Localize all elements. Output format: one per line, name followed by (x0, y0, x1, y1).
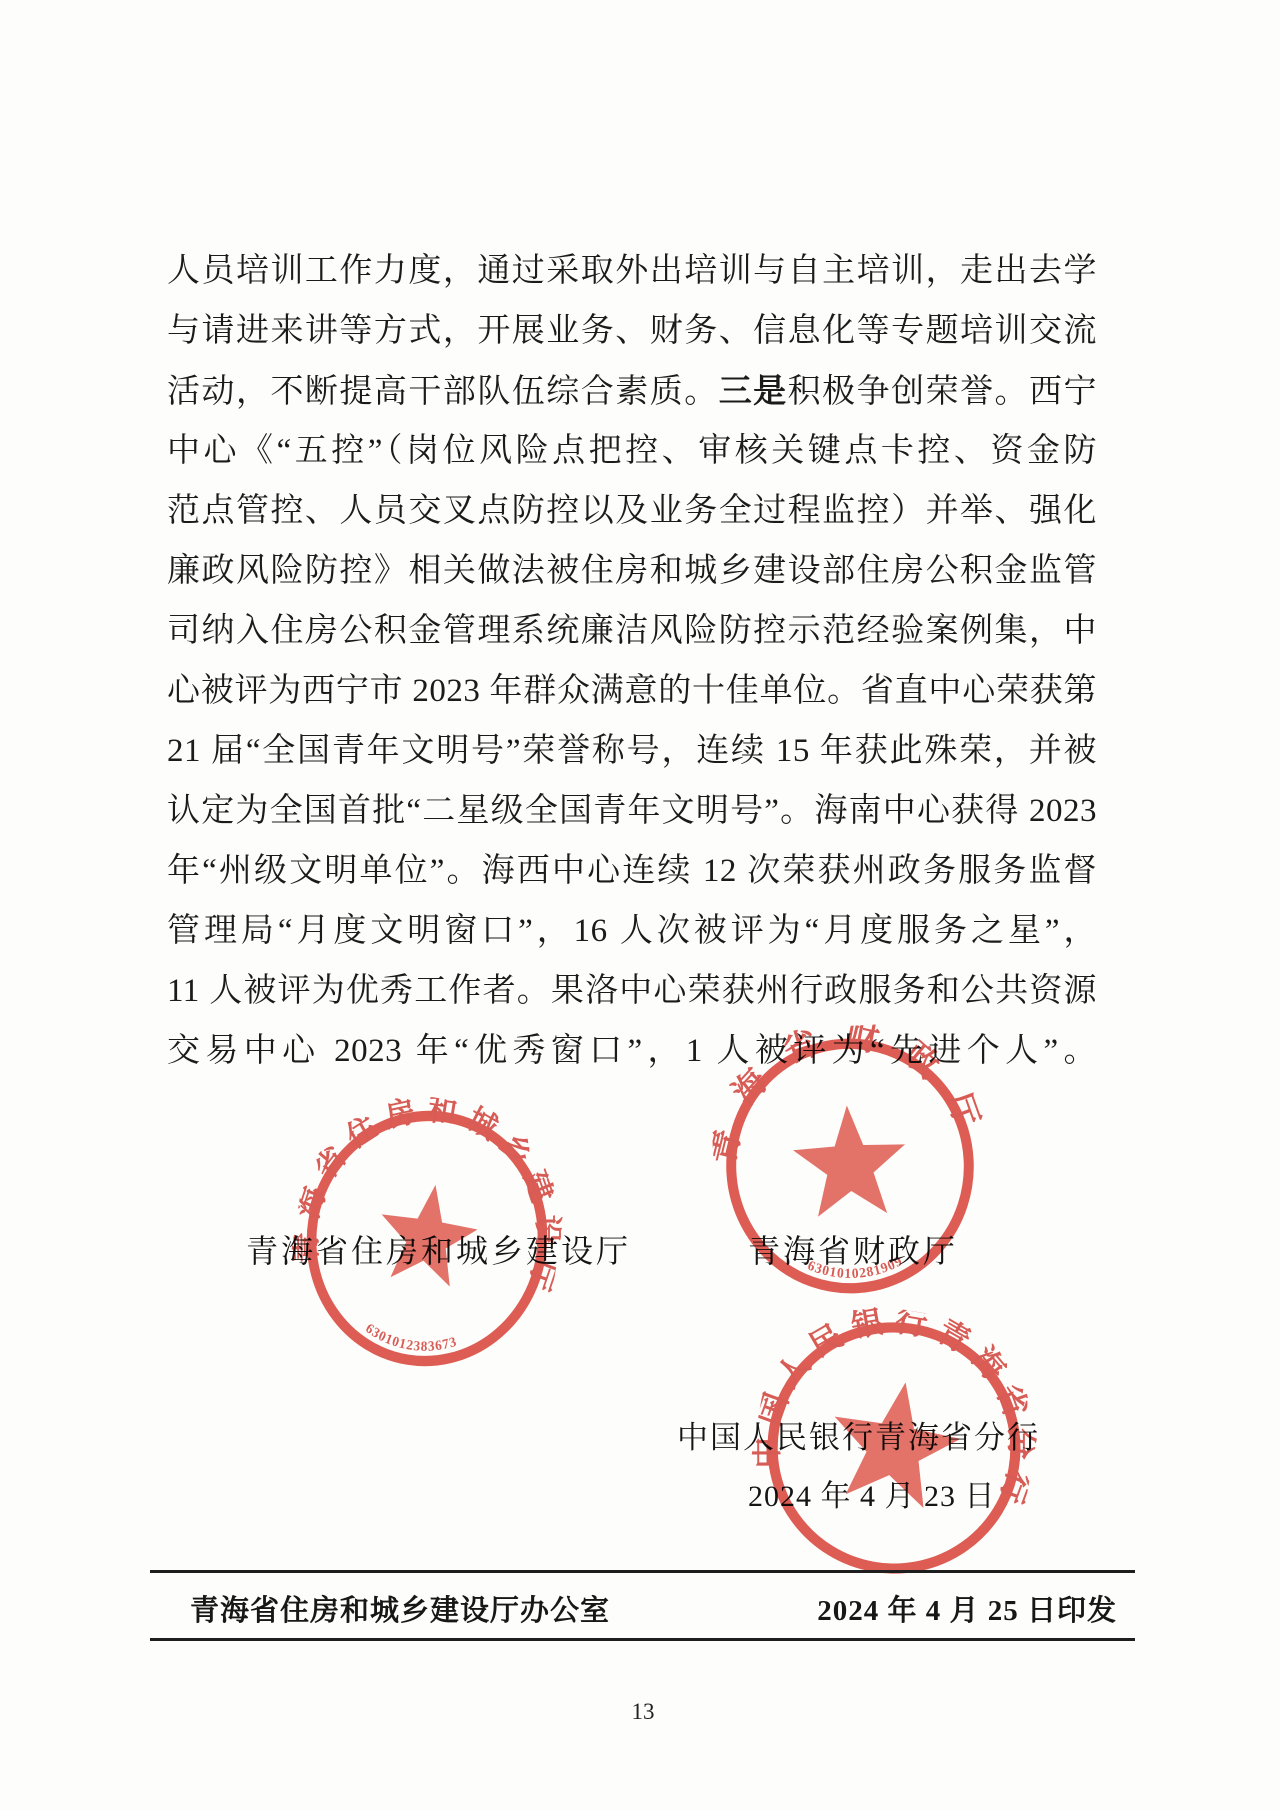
document-page: 人员培训工作力度，通过采取外出培训与自主培训，走出去学 与请进来讲等方式，开展业… (0, 0, 1280, 1810)
body-line: 认定为全国首批“二星级全国青年文明号”。海南中心获得 2023 (167, 781, 1097, 841)
body-line: 司纳入住房公积金管理系统廉洁风险防控示范经验案例集，中 (167, 601, 1097, 661)
seal-star-icon (822, 1371, 969, 1512)
housing-seal-stamp: 青海省住房和城乡建设厅 6301012383673 (275, 1079, 580, 1398)
seal-star-icon (372, 1177, 483, 1289)
seal-star-icon (791, 1103, 909, 1218)
body-line: 中心《“五控”（岗位风险点把控、审核关键点卡控、资金防 (167, 421, 1097, 481)
bold-emphasis: 三是 (719, 372, 788, 409)
footer-office: 青海省住房和城乡建设厅办公室 (190, 1588, 610, 1629)
body-line: 21 届“全国青年文明号”荣誉称号，连续 15 年获此殊荣，并被 (167, 721, 1097, 781)
body-line: 廉政风险防控》相关做法被住房和城乡建设部住房公积金监管 (167, 541, 1097, 601)
body-line-text: 活动，不断提高干部队伍综合素质。 (167, 374, 719, 410)
body-line: 11 人被评为优秀工作者。果洛中心荣获州行政服务和公共资源 (167, 961, 1097, 1021)
body-line: 范点管控、人员交叉点防控以及业务全过程监控）并举、强化 (167, 481, 1097, 541)
footer-print-date: 2024 年 4 月 25 日印发 (817, 1588, 1117, 1629)
body-line-text: 积极争创荣誉。西宁 (788, 374, 1097, 410)
finance-seal-stamp: 青海省财政厅 6301010281909 (707, 1019, 993, 1313)
body-line: 心被评为西宁市 2023 年群众满意的十佳单位。省直中心荣获第 (167, 661, 1097, 721)
body-line: 活动，不断提高干部队伍综合素质。三是积极争创荣誉。西宁 (167, 361, 1097, 421)
bank-seal-stamp: 中国人民银行青海省分行 (733, 1288, 1055, 1608)
footer-rule-top (150, 1570, 1135, 1573)
body-line: 与请进来讲等方式，开展业务、财务、信息化等专题培训交流 (167, 301, 1097, 361)
body-line: 人员培训工作力度，通过采取外出培训与自主培训，走出去学 (167, 241, 1097, 301)
body-line: 年“州级文明单位”。海西中心连续 12 次荣获州政务服务监督 (167, 841, 1097, 901)
body-paragraph: 人员培训工作力度，通过采取外出培训与自主培训，走出去学 与请进来讲等方式，开展业… (167, 241, 1097, 1081)
body-line: 管理局“月度文明窗口”，16 人次被评为“月度服务之星”， (167, 901, 1097, 961)
footer-rule-bottom (150, 1638, 1135, 1641)
page-number: 13 (613, 1699, 673, 1725)
